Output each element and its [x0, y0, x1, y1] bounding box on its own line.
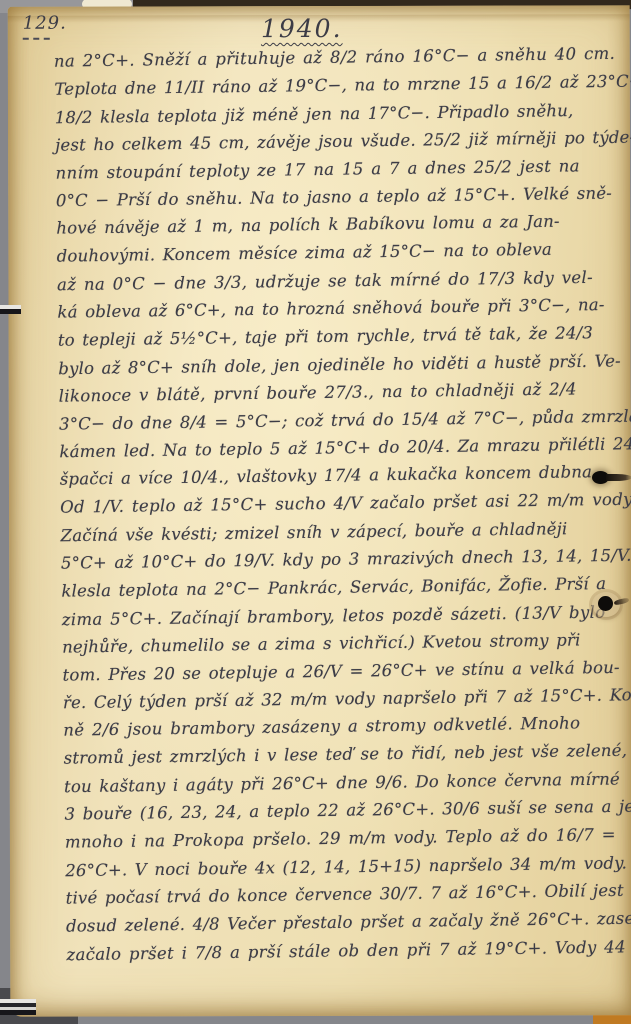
binding-hole-dot	[598, 596, 613, 611]
binding-hole-bottom	[590, 588, 631, 620]
binding-hole-ink-smear	[606, 474, 631, 481]
manuscript-paper-sheet: 129. 1940. na 2°C+. Sněží a přituhuje až…	[8, 5, 631, 1017]
film-mark-stripe	[0, 309, 21, 314]
film-mark-stripe	[0, 1010, 36, 1015]
scanned-page-photo: 129. 1940. na 2°C+. Sněží a přituhuje až…	[0, 0, 631, 1024]
binding-hole-top	[588, 466, 631, 492]
year-title: 1940.	[8, 13, 630, 44]
film-edge-mark-upper	[0, 305, 21, 314]
film-edge-mark-lower	[0, 999, 36, 1015]
manuscript-lines: na 2°C+. Sněží a přituhuje až 8/2 ráno 1…	[54, 40, 631, 968]
